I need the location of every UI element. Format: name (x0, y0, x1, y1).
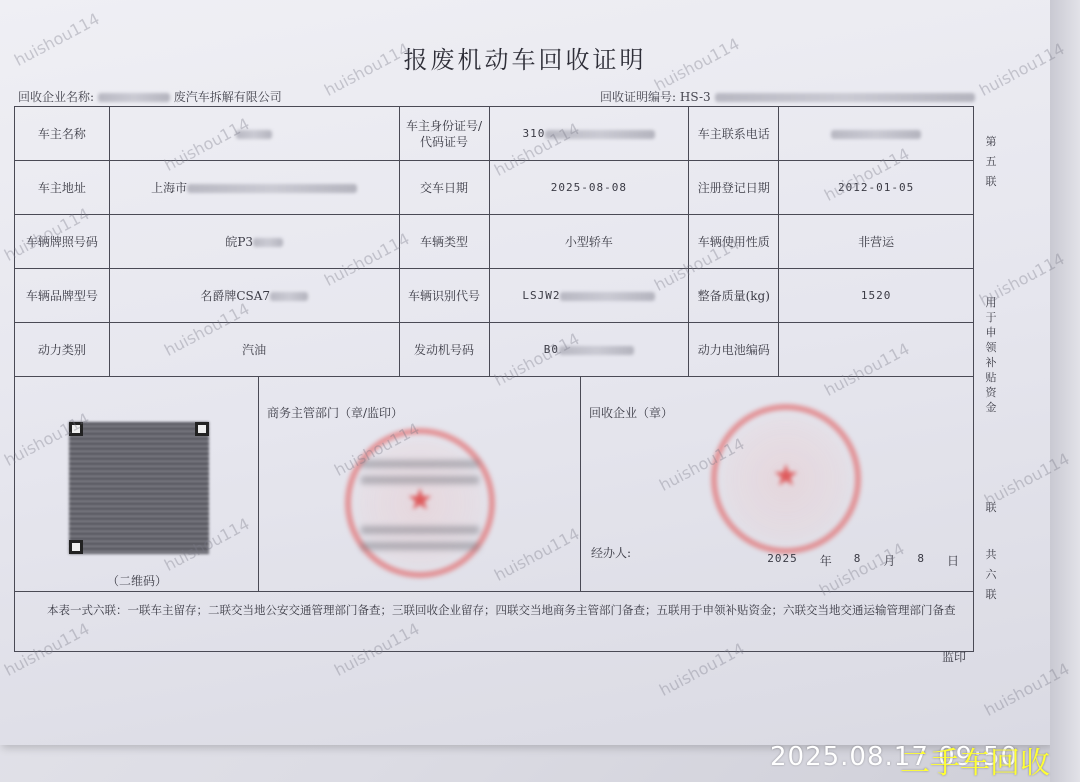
plate-label: 车辆牌照号码 (15, 215, 110, 269)
redacted-text (236, 130, 272, 139)
redacted-text (560, 292, 655, 301)
enterprise-name-suffix: 废汽车拆解有限公司 (174, 90, 282, 104)
table-row: 车辆品牌型号 名爵牌CSA7 车辆识别代号 LSJW2 整备质量(kg) 152… (15, 269, 974, 323)
handler-label: 经办人: (591, 544, 631, 561)
owner-id-value: 310 (489, 107, 689, 161)
side-total-copies: 共 六 联 (984, 545, 998, 605)
commerce-department-label: 商务主管部门（章/监印） (267, 404, 403, 421)
curb-weight-value: 1520 (779, 269, 974, 323)
vin-label: 车辆识别代号 (399, 269, 489, 323)
redacted-text (545, 130, 655, 139)
vehicle-type-label: 车辆类型 (399, 215, 489, 269)
battery-code-value (779, 323, 974, 377)
owner-name-value (109, 107, 399, 161)
seal-label: 监印 (942, 648, 966, 665)
registration-date-label: 注册登记日期 (689, 161, 779, 215)
certificate-number-label: 回收证明编号: (600, 90, 676, 104)
redacted-text (98, 93, 170, 102)
side-purpose: 用 于 申 领 补 贴 资 金 (984, 295, 998, 415)
signature-section: （二维码） 商务主管部门（章/监印） ★ 回收企业（章） ★ 经办人: 2025… (14, 376, 974, 592)
redacted-text (559, 346, 634, 355)
recycler-label: 回收企业（章） (589, 404, 673, 421)
qr-code-cell: （二维码） (15, 376, 259, 591)
recycler-cell: 回收企业（章） ★ 经办人: 2025 年 8 月 8 日 (581, 376, 973, 591)
recycler-stamp-icon: ★ (711, 404, 861, 554)
qr-finder-icon (69, 540, 83, 554)
copies-note: 本表一式六联：一联车主留存；二联交当地公安交通管理部门备查；三联回收企业留存；四… (14, 592, 974, 652)
brand-model-value: 名爵牌CSA7 (109, 269, 399, 323)
owner-id-label: 车主身份证号/代码证号 (399, 107, 489, 161)
side-copy-number: 第 五 联 (984, 132, 998, 192)
battery-code-label: 动力电池编码 (689, 323, 779, 377)
certificate-number: 回收证明编号: HS-3 (600, 88, 975, 105)
redacted-text (715, 93, 975, 102)
handover-date-label: 交车日期 (399, 161, 489, 215)
table-row: 动力类别 汽油 发动机号码 B0 动力电池编码 (15, 323, 974, 377)
vehicle-info-table: 车主名称 车主身份证号/代码证号 310 车主联系电话 车主地址 上海市 交车日… (14, 106, 974, 377)
vin-value: LSJW2 (489, 269, 689, 323)
document-title: 报废机动车回收证明 (0, 40, 1050, 75)
brand-model-label: 车辆品牌型号 (15, 269, 110, 323)
table-row: 车辆牌照号码 皖P3 车辆类型 小型轿车 车辆使用性质 非营运 (15, 215, 974, 269)
registration-date-value: 2012-01-05 (779, 161, 974, 215)
commerce-department-cell: 商务主管部门（章/监印） ★ (259, 376, 581, 591)
enterprise-name-label: 回收企业名称: (18, 90, 94, 104)
photo-caption: 二手车回收 (900, 738, 1050, 782)
table-row: 车主名称 车主身份证号/代码证号 310 车主联系电话 (15, 107, 974, 161)
vehicle-type-value: 小型轿车 (489, 215, 689, 269)
owner-address-value: 上海市 (109, 161, 399, 215)
usage-label: 车辆使用性质 (689, 215, 779, 269)
side-copy-tail: 联 (984, 498, 998, 518)
engine-no-label: 发动机号码 (399, 323, 489, 377)
certificate-number-prefix: HS-3 (680, 90, 711, 104)
qr-finder-icon (195, 422, 209, 436)
usage-value: 非营运 (779, 215, 974, 269)
owner-phone-value (779, 107, 974, 161)
redacted-text (253, 238, 283, 247)
qr-caption: （二维码） (15, 572, 259, 589)
qr-finder-icon (69, 422, 83, 436)
owner-phone-label: 车主联系电话 (689, 107, 779, 161)
fuel-type-label: 动力类别 (15, 323, 110, 377)
redacted-text (831, 130, 921, 139)
plate-value: 皖P3 (109, 215, 399, 269)
engine-no-value: B0 (489, 323, 689, 377)
signature-date: 2025 年 8 月 8 日 (767, 552, 959, 569)
owner-name-label: 车主名称 (15, 107, 110, 161)
redacted-text (270, 292, 308, 301)
qr-code-image (69, 422, 209, 554)
enterprise-name: 回收企业名称: 废汽车拆解有限公司 (18, 88, 282, 105)
commerce-stamp-icon: ★ (345, 428, 495, 578)
handover-date-value: 2025-08-08 (489, 161, 689, 215)
redacted-text (187, 184, 357, 193)
curb-weight-label: 整备质量(kg) (689, 269, 779, 323)
fuel-type-value: 汽油 (109, 323, 399, 377)
owner-address-label: 车主地址 (15, 161, 110, 215)
background-surface (1050, 0, 1080, 782)
table-row: 车主地址 上海市 交车日期 2025-08-08 注册登记日期 2012-01-… (15, 161, 974, 215)
